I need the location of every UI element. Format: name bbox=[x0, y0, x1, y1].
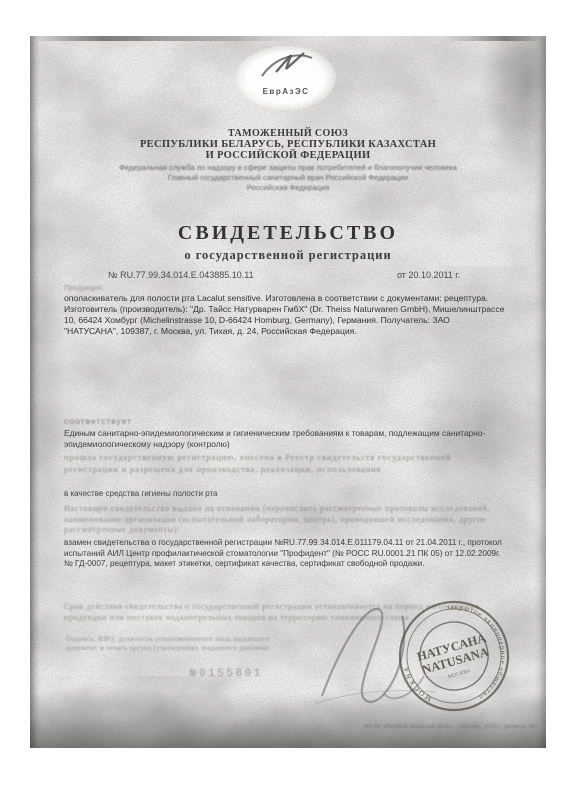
registration-row: № RU.77.99.34.014.Е.043885.10.11 от 20.1… bbox=[30, 270, 546, 280]
registered-text: прошла государственную регистрацию, внес… bbox=[64, 452, 506, 475]
certificate-subtitle: о государственной регистрации bbox=[30, 248, 546, 263]
basis-details: взамен свидетельства о государственной р… bbox=[64, 538, 506, 570]
usage-text: в качестве средства гигиены полости рта bbox=[64, 488, 506, 499]
conforms-label: соответствует bbox=[64, 416, 132, 426]
header-federal-service: Федеральная служба по надзору в сфере за… bbox=[30, 163, 546, 172]
stamp-center-sub: МОСКВА bbox=[447, 668, 471, 680]
header-chief-doctor: Главный государственный санитарный врач … bbox=[30, 173, 546, 182]
certificate-title: СВИДЕТЕЛЬСТВО bbox=[30, 222, 546, 245]
eurasec-swoosh-icon bbox=[246, 46, 326, 86]
header-russian-federation: И РОССИЙСКОЙ ФЕДЕРАЦИИ bbox=[30, 150, 546, 161]
basis-text: Настоящее свидетельство выдано на основа… bbox=[64, 504, 506, 536]
eurasec-logo-label: ЕврАзЭС bbox=[236, 87, 336, 96]
eurasec-logo: ЕврАзЭС bbox=[236, 46, 336, 110]
header-customs-union: ТАМОЖЕННЫЙ СОЮЗ bbox=[30, 128, 546, 139]
scan-area: ЕврАзЭС ТАМОЖЕННЫЙ СОЮЗ РЕСПУБЛИКИ БЕЛАР… bbox=[30, 36, 546, 748]
header-republics: РЕСПУБЛИКИ БЕЛАРУСЬ, РЕСПУБЛИКИ КАЗАХСТА… bbox=[30, 139, 546, 150]
product-label: Продукция: bbox=[64, 283, 104, 292]
printer-fine-print: ФЛ-05 «Первый печатный двор», г.Москва, … bbox=[364, 724, 539, 730]
registration-number: № RU.77.99.34.014.Е.043885.10.11 bbox=[108, 270, 254, 280]
product-description: ополаскиватель для полости рта Lacalut s… bbox=[64, 293, 506, 337]
header-country: Российская Федерация bbox=[30, 183, 546, 192]
signature-caption: Подпись, ФИО, должность уполномоченного … bbox=[66, 636, 276, 653]
scan-edge bbox=[30, 36, 546, 41]
serial-number: №0155801 bbox=[190, 668, 263, 680]
conforms-text: Единым санитарно-эпидемиологическим и ги… bbox=[64, 428, 506, 450]
scanned-certificate-page: ЕврАзЭС ТАМОЖЕННЫЙ СОЮЗ РЕСПУБЛИКИ БЕЛАР… bbox=[0, 0, 566, 800]
registration-date: от 20.10.2011 г. bbox=[397, 270, 460, 280]
